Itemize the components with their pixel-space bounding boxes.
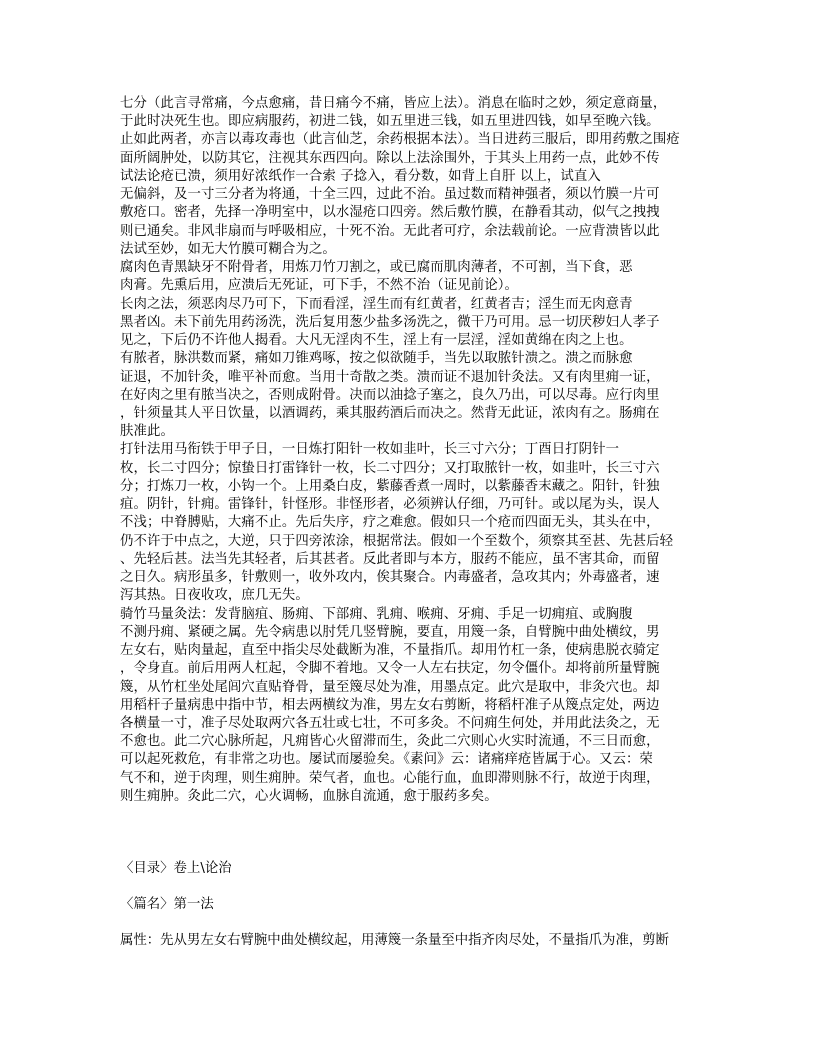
text-line: ，针须量其人平日饮量，以酒调药，乘其服药酒后而决之。然背无此证，浓肉有之。肠痈在 <box>120 405 712 423</box>
text-line: 枚，长二寸四分；惊蛰日打雷锋针一枚，长二寸四分；又打取脓针一枚，如韭叶，长三寸六 <box>120 460 712 478</box>
text-line: 可以起死救危，有非常之功也。屡试而屡验矣。《素问》云：诸痛痒疮皆属于心。又云：荣 <box>120 751 712 769</box>
text-line: 、先轻后甚。法当先其轻者，后其甚者。反此者即与本方，服药不能应，虽不害其命，而留 <box>120 551 712 569</box>
text-line: 见之，下后仍不许他人揭看。大凡无淫肉不生，淫上有一层淫，淫如黄绵在肉之上也。 <box>120 332 712 350</box>
text-line: 试法论疮已溃，须用好浓纸作一合索 子捻入，看分数，如背上自肝 以上，试直入 <box>120 168 712 186</box>
text-line: 用稻杆子量病患中指中节，相去两横纹为准，男左女右剪断，将稻杆准子从篾点定处，两边 <box>120 697 712 715</box>
text-line: 打针法用马衔铁于甲子日，一日炼打阳针一枚如韭叶，长三寸六分；丁酉日打阴针一 <box>120 441 712 459</box>
text-line: 则已通矣。非风非扇而与呼吸相应，十死不治。无此者可疗，余法载前论。一应背溃皆以此 <box>120 223 712 241</box>
text-line: 气不和，逆于肉理，则生痈肿。荣气者，血也。心能行血，血即滞则脉不行，故逆于肉理， <box>120 770 712 788</box>
text-line: 肤准此。 <box>120 423 712 441</box>
text-line: 面所阔肿处，以防其它，注视其东西四向。除以上法涂围外，于其头上用药一点，此妙不传 <box>120 150 712 168</box>
catalog-line: 〈目录〉卷上\论治 <box>120 860 712 878</box>
text-line: 泻其热。日夜收攻，庶几无失。 <box>120 587 712 605</box>
text-line: 各横量一寸，准子尽处取两穴各五壮或七壮，不可多灸。不问痈生何处，并用此法灸之，无 <box>120 715 712 733</box>
text-line: 证退，不加针灸，唯平补而愈。当用十奇散之类。溃而证不退加针灸法。又有肉里痈一证， <box>120 369 712 387</box>
text-line: 分；打炼刀一枚，小钩一个。上用桑白皮，紫藤香煮一周时，以紫藤香末藏之。阳针，针独 <box>120 478 712 496</box>
text-line: 不测丹痈、紧硬之属。先令病患以肘凭几竖臂腕，要直，用篾一条，自臂腕中曲处横纹，男 <box>120 624 712 642</box>
text-line: 长肉之法，须恶肉尽乃可下，下而看淫，淫生而有红黄者，红黄者吉；淫生而无肉意青 <box>120 296 712 314</box>
text-line: 于此时决死生也。即应病服药，初进二钱，如五里进三钱，如五里进四钱，如早至晚六钱。 <box>120 113 712 131</box>
text-line: 止如此两者，亦言以毒攻毒也（此言仙芝，余药根据本法）。当日进药三服后，即用药敷之… <box>120 131 712 149</box>
text-line: 骑竹马量灸法：发背脑疽、肠痈、下部痈、乳痈、喉痈、牙痈、手足一切痈疽、或胸腹 <box>120 606 712 624</box>
text-line: ，令身直。前后用两人杠起，令脚不着地。又令一人左右扶定，勿令僵仆。却将前所量臂腕 <box>120 660 712 678</box>
text-line: 疽。阴针，针痈。雷锋针，针怪形。非怪形者，必须辨认仔细，乃可针。或以尾为头，误人 <box>120 496 712 514</box>
text-line: 有脓者，脉洪数而紧，痛如刀锥鸡啄，按之似欲随手，当先以取脓针溃之。溃之而脉愈 <box>120 350 712 368</box>
text-line: 法试至妙，如无大竹膜可糊合为之。 <box>120 241 712 259</box>
section-title: 〈篇名〉第一法 <box>120 896 712 914</box>
text-line: 腐肉色青黑缺牙不附骨者，用炼刀竹刀割之，或已腐而肌肉薄者，不可割，当下食，恶 <box>120 259 712 277</box>
text-line: 仍不许于中点之，大逆，只于四旁浓涂，根据常法。假如一个至数个，须察其至甚、先甚后… <box>120 533 712 551</box>
text-line: 敷疮口。密者，先择一净明室中，以水湿疮口四旁。然后敷竹膜，在静看其动，似气之拽拽 <box>120 204 712 222</box>
attribute-line: 属性：先从男左女右臂腕中曲处横纹起，用薄篾一条量至中指齐肉尽处，不量指爪为准，剪… <box>120 932 712 950</box>
text-line: 篾，从竹杠坐处尾闾穴直贴脊骨，量至篾尽处为准，用墨点定。此穴是取中，非灸穴也。却 <box>120 679 712 697</box>
text-line: 则生痈肿。灸此二穴，心火调畅，血脉自流通，愈于服药多矣。 <box>120 788 712 806</box>
body-text: 七分（此言寻常痛，今点愈痛，昔日痛今不痛，皆应上法）。消息在临时之妙，须定意商量… <box>120 95 712 806</box>
text-line: 不愈也。此二穴心脉所起，凡痈皆心火留滞而生，灸此二穴则心火实时流通，不三日而愈， <box>120 733 712 751</box>
text-line: 肉膏。先熏后用，应溃后无死证，可下手，不然不治（证见前论）。 <box>120 277 712 295</box>
text-line: 在好肉之里有脓当决之，否则成附骨。决而以油捻子塞之，良久乃出，可以尽毒。应行肉里 <box>120 387 712 405</box>
document-page: 七分（此言寻常痛，今点愈痛，昔日痛今不痛，皆应上法）。消息在临时之妙，须定意商量… <box>120 95 712 806</box>
text-line: 黑者凶。未下前先用药汤洗，洗后复用葱少盐多汤洗之，微干乃可用。忌一切厌秽妇人孝子 <box>120 314 712 332</box>
text-line: 不浅；中脊膊贴，大痛不止。先后失序，疗之难愈。假如只一个疮而四面无头，其头在中， <box>120 514 712 532</box>
text-line: 无偏斜，及一寸三分者为将通，十全三四，过此不治。虽过数而精神强者，须以竹膜一片可 <box>120 186 712 204</box>
text-line: 左女右，贴肉量起，直至中指尖尽处截断为准，不量指爪。却用竹杠一条，使病患脱衣骑定 <box>120 642 712 660</box>
text-line: 之日久。病形虽多，针敷则一，收外攻内，俟其聚合。内毒盛者，急攻其内；外毒盛者，速 <box>120 569 712 587</box>
text-line: 七分（此言寻常痛，今点愈痛，昔日痛今不痛，皆应上法）。消息在临时之妙，须定意商量… <box>120 95 712 113</box>
